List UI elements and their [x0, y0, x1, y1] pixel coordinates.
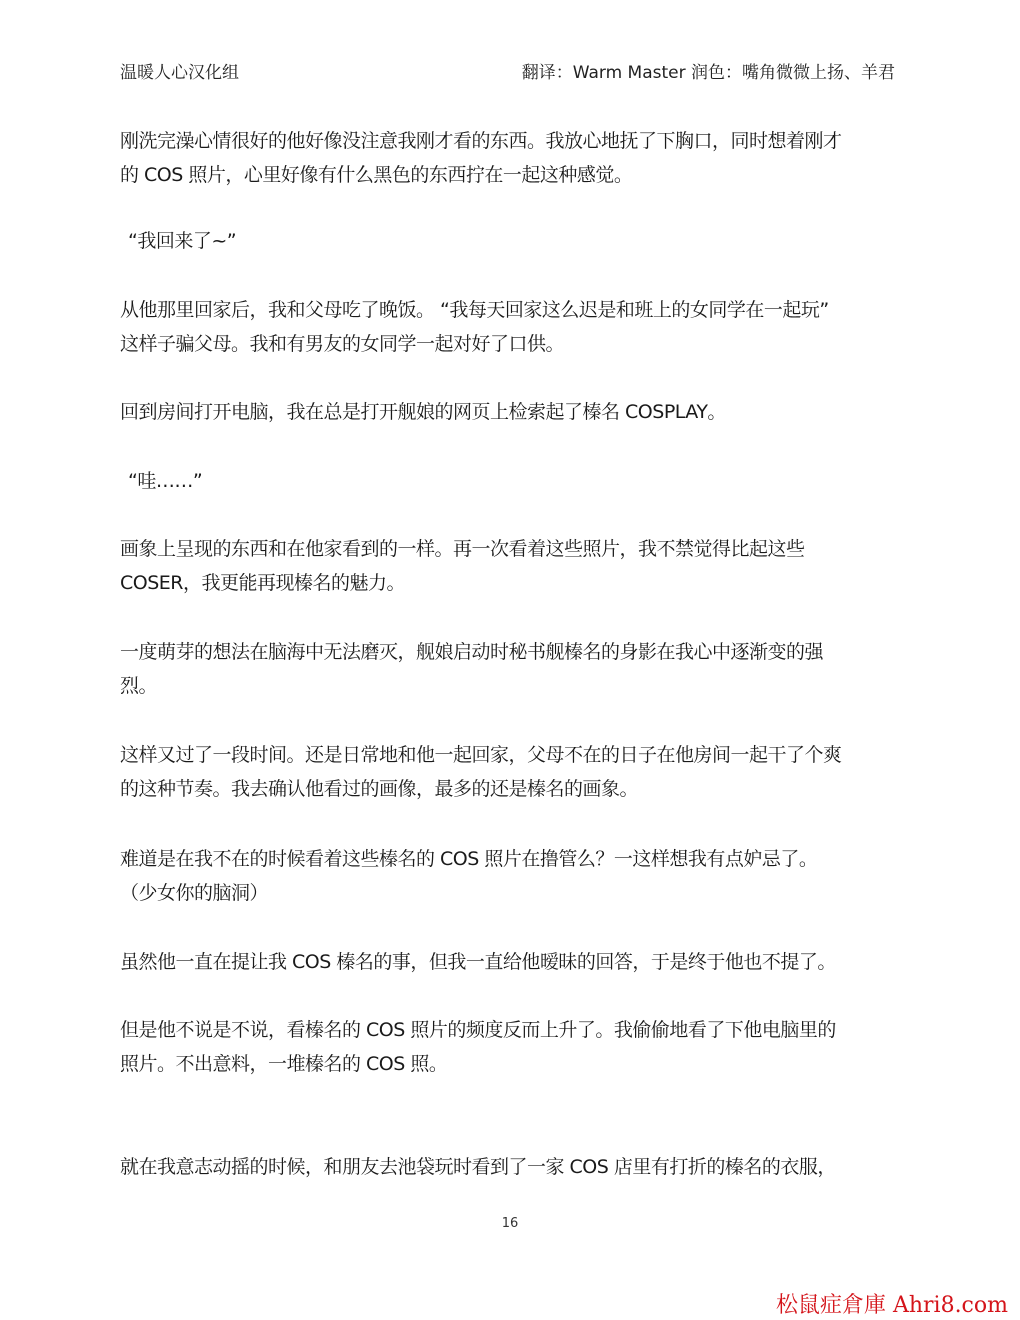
- dialogue-line: “哇……”: [128, 464, 918, 498]
- text-line: 一度萌芽的想法在脑海中无法磨灭，舰娘启动时秘书舰榛名的身影在我心中逐渐变的强: [120, 635, 910, 669]
- text-line: COSER，我更能再现榛名的魅力。: [120, 566, 910, 600]
- text-line: 就在我意志动摇的时候，和朋友去池袋玩时看到了一家 COS 店里有打折的榛名的衣服…: [120, 1150, 910, 1184]
- paragraph: 就在我意志动摇的时候，和朋友去池袋玩时看到了一家 COS 店里有打折的榛名的衣服…: [120, 1150, 910, 1184]
- paragraph: 难道是在我不在的时候看着这些榛名的 COS 照片在撸管么？一这样想我有点妒忌了。…: [120, 842, 910, 910]
- text-line: 从他那里回家后，我和父母吃了晚饭。 “我每天回家这么迟是和班上的女同学在一起玩”: [120, 293, 910, 327]
- paragraph: 画象上呈现的东西和在他家看到的一样。再一次看着这些照片，我不禁觉得比起这些 CO…: [120, 532, 910, 600]
- text-line: 虽然他一直在提让我 COS 榛名的事，但我一直给他暧昧的回答，于是终于他也不提了…: [120, 945, 910, 979]
- dialogue-line: “我回来了~”: [128, 224, 918, 258]
- text-line: 这样子骗父母。我和有男友的女同学一起对好了口供。: [120, 327, 910, 361]
- paragraph: 虽然他一直在提让我 COS 榛名的事，但我一直给他暧昧的回答，于是终于他也不提了…: [120, 945, 910, 979]
- text-line: 照片。不出意料，一堆榛名的 COS 照。: [120, 1047, 910, 1081]
- text-line: 回到房间打开电脑，我在总是打开舰娘的网页上检索起了榛名 COSPLAY。: [120, 395, 910, 429]
- translation-credits: 翻译：Warm Master 润色：嘴角微微上扬、羊君: [522, 58, 895, 83]
- text-line: 的这种节奏。我去确认他看过的画像，最多的还是榛名的画象。: [120, 772, 910, 806]
- text-line: 刚洗完澡心情很好的他好像没注意我刚才看的东西。我放心地抚了下胸口，同时想着刚才: [120, 124, 910, 158]
- paragraph: 从他那里回家后，我和父母吃了晚饭。 “我每天回家这么迟是和班上的女同学在一起玩”…: [120, 293, 910, 361]
- text-line: 难道是在我不在的时候看着这些榛名的 COS 照片在撸管么？一这样想我有点妒忌了。: [120, 842, 910, 876]
- translation-group-name: 温暖人心汉化组: [120, 58, 239, 83]
- text-line: 烈。: [120, 669, 910, 703]
- text-line: “我回来了~”: [128, 224, 918, 258]
- paragraph: 一度萌芽的想法在脑海中无法磨灭，舰娘启动时秘书舰榛名的身影在我心中逐渐变的强 烈…: [120, 635, 910, 703]
- page-number: 16: [0, 1216, 1020, 1231]
- page-header: 温暖人心汉化组 翻译：Warm Master 润色：嘴角微微上扬、羊君: [120, 58, 895, 88]
- paragraph: 刚洗完澡心情很好的他好像没注意我刚才看的东西。我放心地抚了下胸口，同时想着刚才 …: [120, 124, 910, 192]
- text-line: 但是他不说是不说，看榛名的 COS 照片的频度反而上升了。我偷偷地看了下他电脑里…: [120, 1013, 910, 1047]
- text-line: （少女你的脑洞）: [120, 876, 910, 910]
- text-line: 的 COS 照片，心里好像有什么黑色的东西拧在一起这种感觉。: [120, 158, 910, 192]
- paragraph: 这样又过了一段时间。还是日常地和他一起回家，父母不在的日子在他房间一起干了个爽 …: [120, 738, 910, 806]
- text-line: 画象上呈现的东西和在他家看到的一样。再一次看着这些照片，我不禁觉得比起这些: [120, 532, 910, 566]
- site-watermark: 松鼠症倉庫 Ahri8.com: [776, 1288, 1008, 1319]
- text-line: “哇……”: [128, 464, 918, 498]
- paragraph: 回到房间打开电脑，我在总是打开舰娘的网页上检索起了榛名 COSPLAY。: [120, 395, 910, 429]
- text-line: 这样又过了一段时间。还是日常地和他一起回家，父母不在的日子在他房间一起干了个爽: [120, 738, 910, 772]
- paragraph: 但是他不说是不说，看榛名的 COS 照片的频度反而上升了。我偷偷地看了下他电脑里…: [120, 1013, 910, 1081]
